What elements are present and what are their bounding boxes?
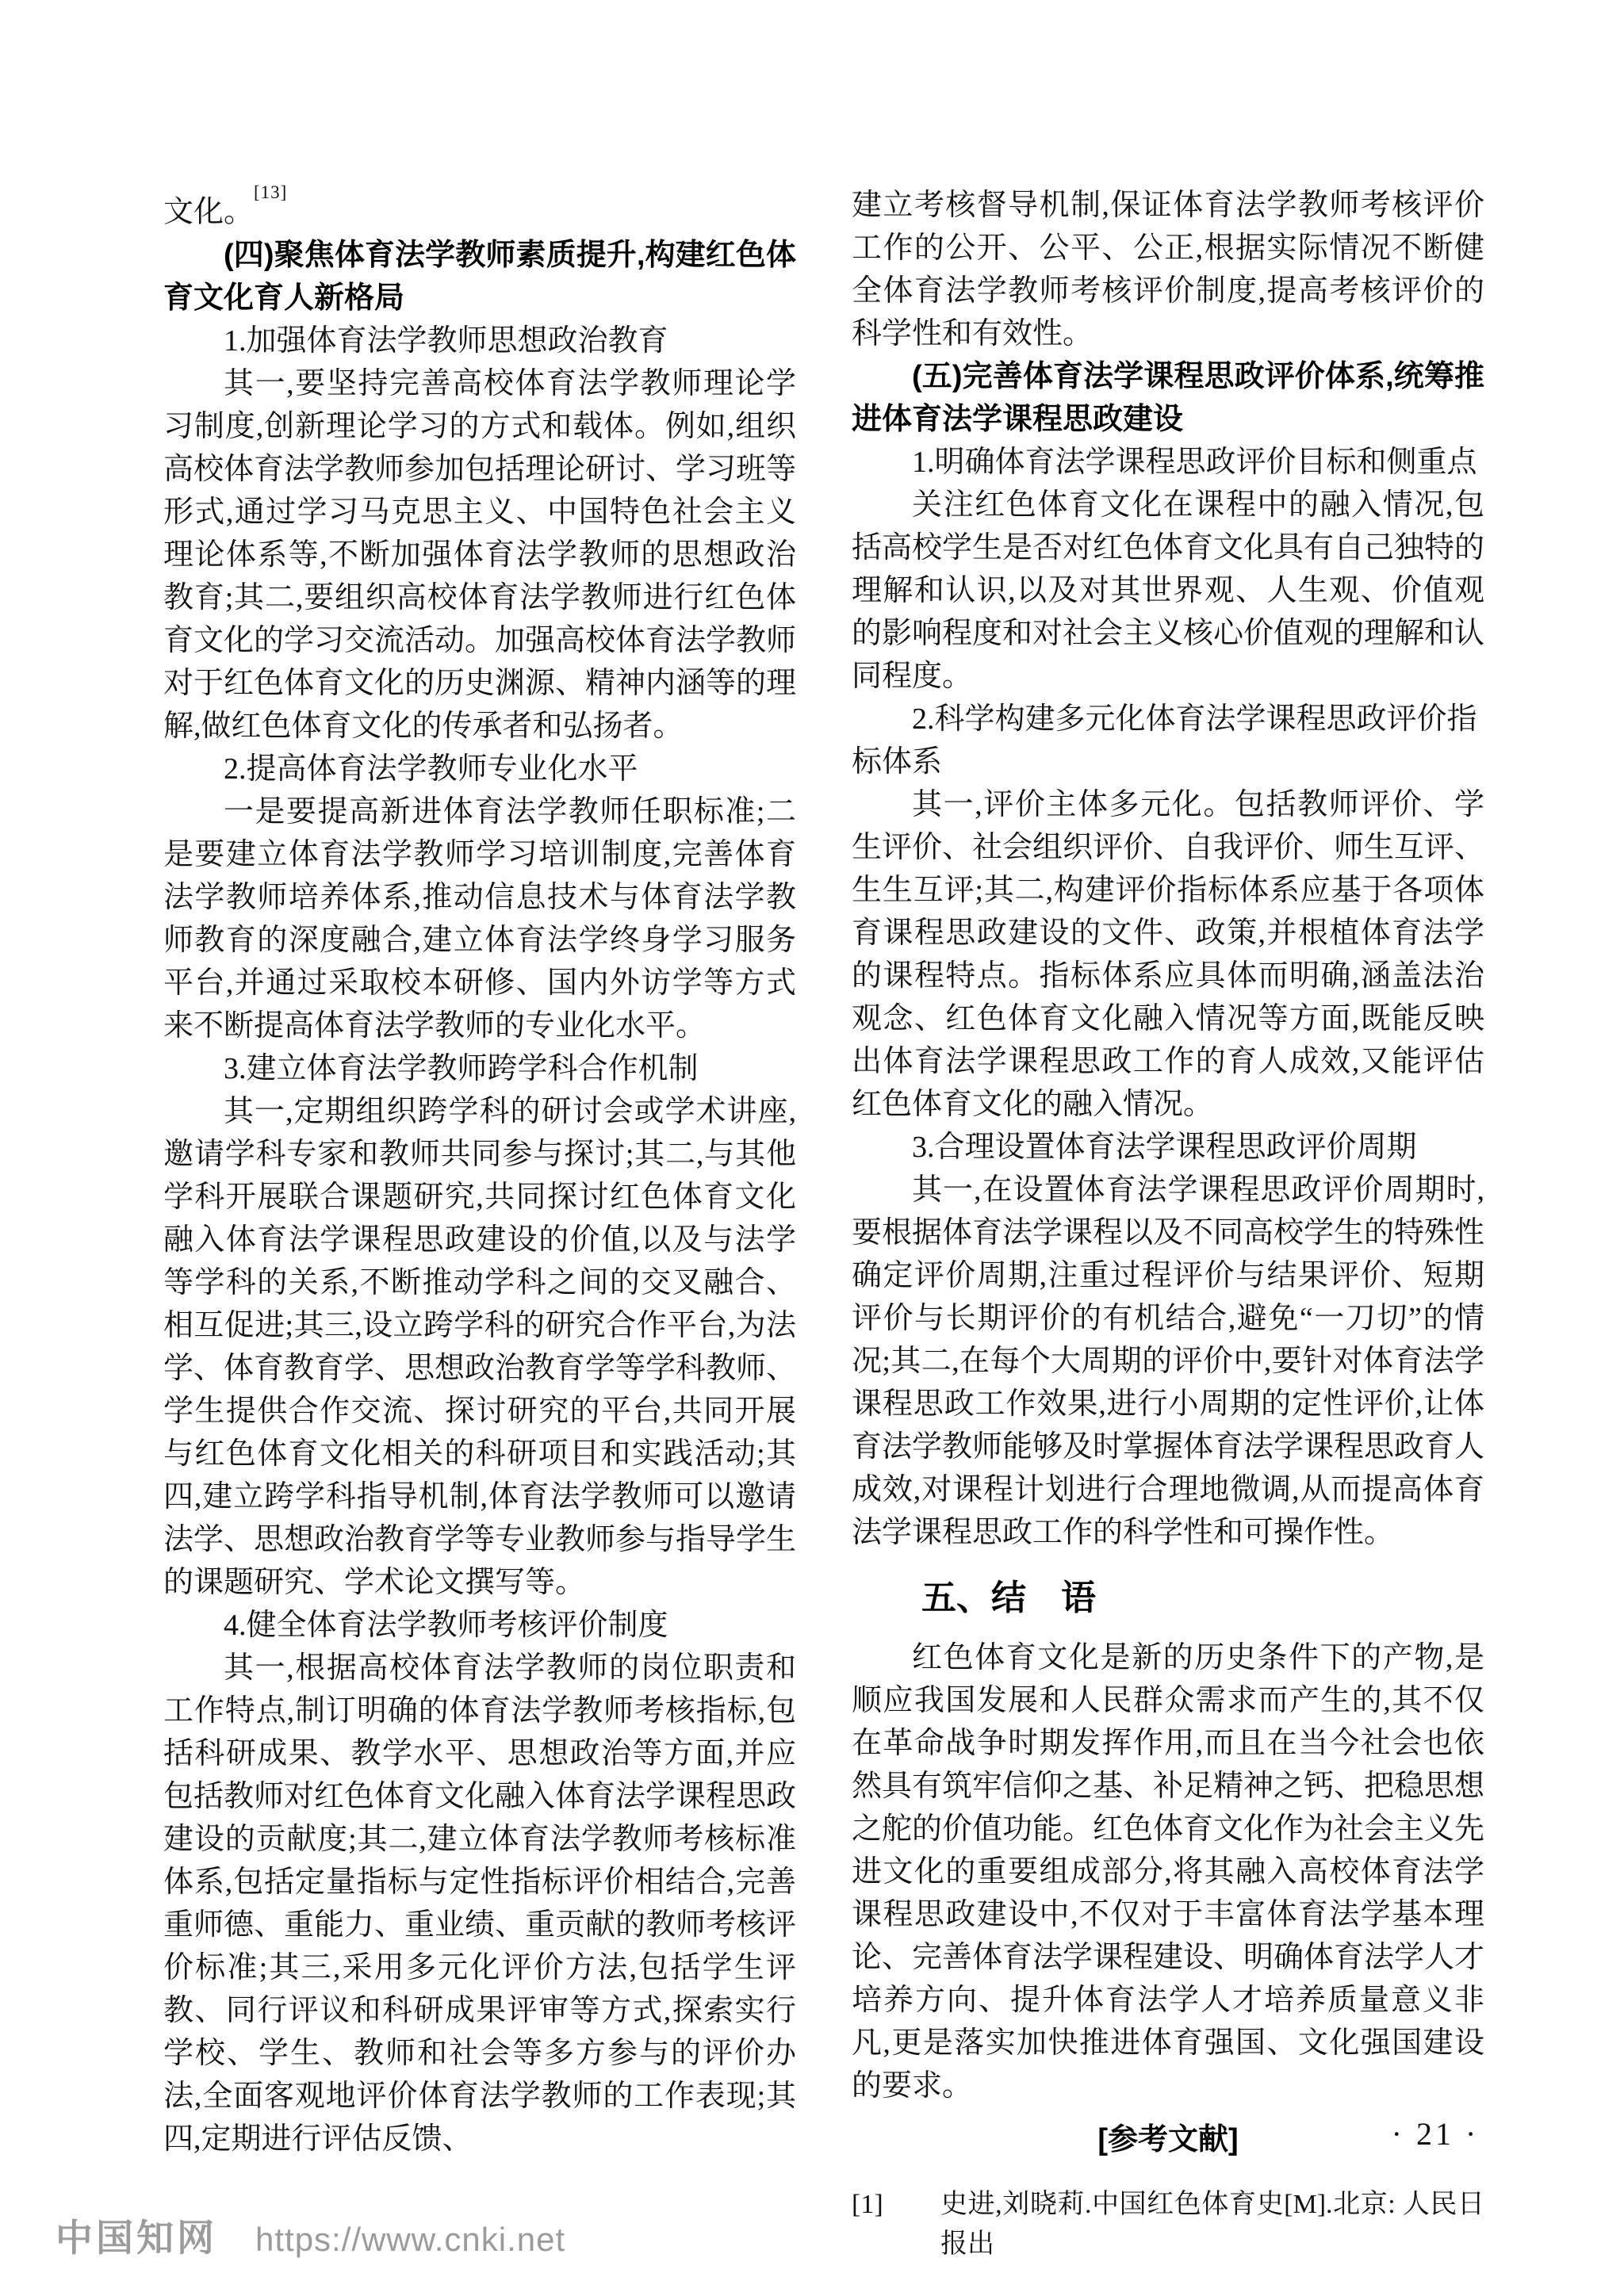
footer-watermark: 中国知网 https://www.cnki.net: [56, 2209, 565, 2262]
fragment-text: 文化。: [163, 196, 254, 229]
numbered-subheading: 3.合理设置体育法学课程思政评价周期: [852, 1126, 1484, 1169]
left-column: 文化。[13](四)聚焦体育法学教师素质提升,构建红色体育文化育人新格局1.加强…: [163, 184, 796, 2264]
subsection-heading: (五)完善体育法学课程思政评价体系,统筹推进体育法学课程思政建设: [852, 355, 1484, 441]
body-paragraph: 一是要提高新进体育法学教师任职标准;二是要建立体育法学教师学习培训制度,完善体育…: [163, 790, 796, 1047]
reference-text: 史进,刘晓莉.中国红色体育史[M].北京: 人民日报出: [940, 2185, 1484, 2264]
journal-page: 文化。[13](四)聚焦体育法学教师素质提升,构建红色体育文化育人新格局1.加强…: [0, 0, 1624, 2296]
reference-label: [1]: [852, 2185, 940, 2264]
numbered-subheading: 4.健全体育法学教师考核评价制度: [163, 1604, 796, 1647]
section-heading: 五、结 语: [852, 1575, 1484, 1622]
footer-url: https://www.cnki.net: [255, 2221, 565, 2259]
right-column: 建立考核督导机制,保证体育法学教师考核评价工作的公开、公平、公正,根据实际情况不…: [852, 184, 1484, 2264]
citation-superscript: [13]: [254, 182, 287, 202]
numbered-subheading: 2.提高体育法学教师专业化水平: [163, 748, 796, 790]
body-paragraph: 关注红色体育文化在课程中的融入情况,包括高校学生是否对红色体育文化具有自己独特的…: [852, 484, 1484, 698]
body-paragraph: 其一,定期组织跨学科的研讨会或学术讲座,邀请学科专家和教师共同参与探讨;其二,与…: [163, 1090, 796, 1604]
cnki-logo: 中国知网: [56, 2209, 217, 2262]
page-content: 文化。[13](四)聚焦体育法学教师素质提升,构建红色体育文化育人新格局1.加强…: [163, 184, 1484, 2264]
subsection-heading: (四)聚焦体育法学教师素质提升,构建红色体育文化育人新格局: [163, 234, 796, 320]
body-paragraph: 其一,评价主体多元化。包括教师评价、学生评价、社会组织评价、自我评价、师生互评、…: [852, 783, 1484, 1126]
numbered-subheading: 1.加强体育法学教师思想政治教育: [163, 320, 796, 362]
numbered-subheading: 2.科学构建多元化体育法学课程思政评价指标体系: [852, 698, 1484, 783]
page-number: · 21 ·: [1348, 2115, 1522, 2152]
reference-item: [1]史进,刘晓莉.中国红色体育史[M].北京: 人民日报出: [852, 2185, 1484, 2264]
body-paragraph: 其一,根据高校体育法学教师的岗位职责和工作特点,制订明确的体育法学教师考核指标,…: [163, 1647, 796, 2160]
body-paragraph: 建立考核督导机制,保证体育法学教师考核评价工作的公开、公平、公正,根据实际情况不…: [852, 184, 1484, 355]
body-paragraph: 其一,在设置体育法学课程思政评价周期时,要根据体育法学课程以及不同高校学生的特殊…: [852, 1169, 1484, 1554]
body-paragraph: 红色体育文化是新的历史条件下的产物,是顺应我国发展和人民群众需求而产生的,其不仅…: [852, 1636, 1484, 2107]
numbered-subheading: 3.建立体育法学教师跨学科合作机制: [163, 1047, 796, 1090]
body-paragraph: 其一,要坚持完善高校体育法学教师理论学习制度,创新理论学习的方式和载体。例如,组…: [163, 362, 796, 748]
paragraph-fragment: 文化。[13]: [163, 184, 796, 234]
numbered-subheading: 1.明确体育法学课程思政评价目标和侧重点: [852, 441, 1484, 484]
